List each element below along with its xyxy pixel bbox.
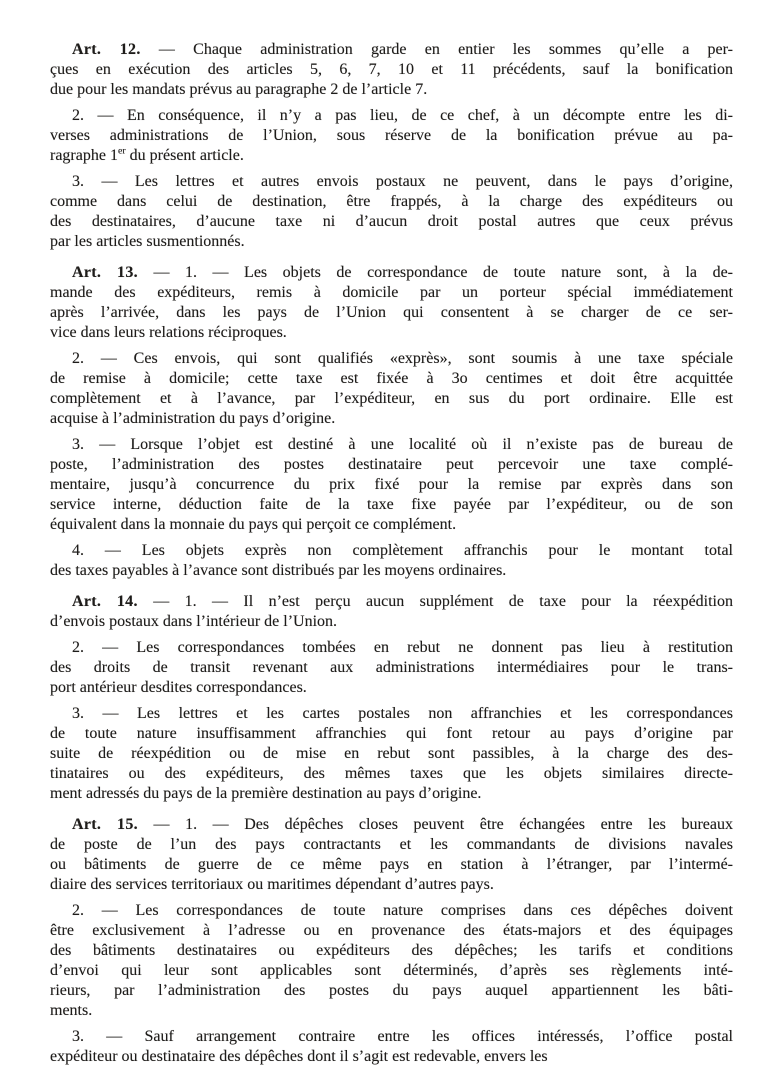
text-line: ou bâtiments de guerre de ce même pays e… [50, 855, 733, 875]
document-page: Art. 12. — Chaque administration garde e… [0, 0, 763, 1072]
text-line: d’envoi qui leur sont applicables sont d… [50, 961, 733, 981]
article-paragraph: Art. 14. — 1. — Il n’est perçu aucun sup… [50, 592, 733, 632]
text-line: verses administrations de l’Union, sous … [50, 126, 733, 146]
text-line: port antérieur desdites correspondances. [50, 678, 733, 698]
text-line: des bâtiments destinataires ou expéditeu… [50, 941, 733, 961]
article-number: Art. 12. [72, 41, 141, 58]
text-line: ments. [50, 1001, 733, 1021]
text-line: 3. — Sauf arrangement contraire entre le… [50, 1027, 733, 1047]
text-line: acquise à l’administration du pays d’ori… [50, 409, 733, 429]
text-line: Art. 14. — 1. — Il n’est perçu aucun sup… [50, 592, 733, 612]
text-line: des taxes payables à l’avance sont distr… [50, 561, 733, 581]
text-line: 2. — Ces envois, qui sont qualifiés «exp… [50, 349, 733, 369]
text-line: expéditeur ou destinataire des dépêches … [50, 1047, 733, 1067]
paragraph: 4. — Les objets exprès non complètement … [50, 541, 733, 581]
paragraph: 2. — Les correspondances de toute nature… [50, 901, 733, 1021]
paragraph: 3. — Les lettres et les cartes postales … [50, 704, 733, 804]
text-line: de poste de l’un des pays contractants e… [50, 835, 733, 855]
text-line: ment adressés du pays de la première des… [50, 784, 733, 804]
text-line: suite de réexpédition ou de mise en rebu… [50, 744, 733, 764]
text-line: de toute nature insuffisamment affranchi… [50, 724, 733, 744]
paragraph: 2. — En conséquence, il n’y a pas lieu, … [50, 106, 733, 166]
text-line: après l’arrivée, dans les pays de l’Unio… [50, 303, 733, 323]
text-line: 2. — Les correspondances de toute nature… [50, 901, 733, 921]
article-paragraph: Art. 13. — 1. — Les objets de correspond… [50, 263, 733, 343]
text-line: Art. 13. — 1. — Les objets de correspond… [50, 263, 733, 283]
text-line: 4. — Les objets exprès non complètement … [50, 541, 733, 561]
text-line: 2. — Les correspondances tombées en rebu… [50, 638, 733, 658]
text-line: être exclusivement à l’adresse ou en pro… [50, 921, 733, 941]
paragraph: 3. — Lorsque l’objet est destiné à une l… [50, 435, 733, 535]
paragraph: 3. — Sauf arrangement contraire entre le… [50, 1027, 733, 1067]
article-number: Art. 14. [72, 593, 138, 610]
text-line: comme dans celui de destination, être fr… [50, 192, 733, 212]
paragraph: 2. — Ces envois, qui sont qualifiés «exp… [50, 349, 733, 429]
text-line: poste, l’administration des postes desti… [50, 455, 733, 475]
text-line: 2. — En conséquence, il n’y a pas lieu, … [50, 106, 733, 126]
text-line: 3. — Lorsque l’objet est destiné à une l… [50, 435, 733, 455]
text-line: Art. 12. — Chaque administration garde e… [50, 40, 733, 60]
text-line: çues en exécution des articles 5, 6, 7, … [50, 60, 733, 80]
text-line: ragraphe 1er du présent article. [50, 146, 733, 166]
text-line: des destinataires, d’aucune taxe ni d’au… [50, 212, 733, 232]
text-line: due pour les mandats prévus au paragraph… [50, 80, 733, 100]
text-line: équivalent dans la monnaie du pays qui p… [50, 515, 733, 535]
article-number: Art. 13. [72, 264, 138, 281]
text-line: des droits de transit revenant aux admin… [50, 658, 733, 678]
text-line: d’envois postaux dans l’intérieur de l’U… [50, 612, 733, 632]
text-line: mande des expéditeurs, remis à domicile … [50, 283, 733, 303]
text-line: diaire des services territoriaux ou mari… [50, 875, 733, 895]
text-line: tinataires ou des expéditeurs, des mêmes… [50, 764, 733, 784]
text-line: par les articles susmentionnés. [50, 232, 733, 252]
text-line: service interne, déduction faite de la t… [50, 495, 733, 515]
text-line: rieurs, par l’administration des postes … [50, 981, 733, 1001]
text-line: Art. 15. — 1. — Des dépêches closes peuv… [50, 815, 733, 835]
text-block: Art. 12. — Chaque administration garde e… [50, 40, 733, 1067]
text-line: complètement et à l’avance, par l’expédi… [50, 389, 733, 409]
text-line: mentaire, jusqu’à concurrence du prix fi… [50, 475, 733, 495]
article-paragraph: Art. 12. — Chaque administration garde e… [50, 40, 733, 100]
paragraph: 2. — Les correspondances tombées en rebu… [50, 638, 733, 698]
text-line: de remise à domicile; cette taxe est fix… [50, 369, 733, 389]
text-line: 3. — Les lettres et autres envois postau… [50, 172, 733, 192]
text-line: vice dans leurs relations réciproques. [50, 323, 733, 343]
article-number: Art. 15. [72, 816, 138, 833]
article-paragraph: Art. 15. — 1. — Des dépêches closes peuv… [50, 815, 733, 895]
superscript: er [118, 146, 126, 157]
paragraph: 3. — Les lettres et autres envois postau… [50, 172, 733, 252]
text-line: 3. — Les lettres et les cartes postales … [50, 704, 733, 724]
